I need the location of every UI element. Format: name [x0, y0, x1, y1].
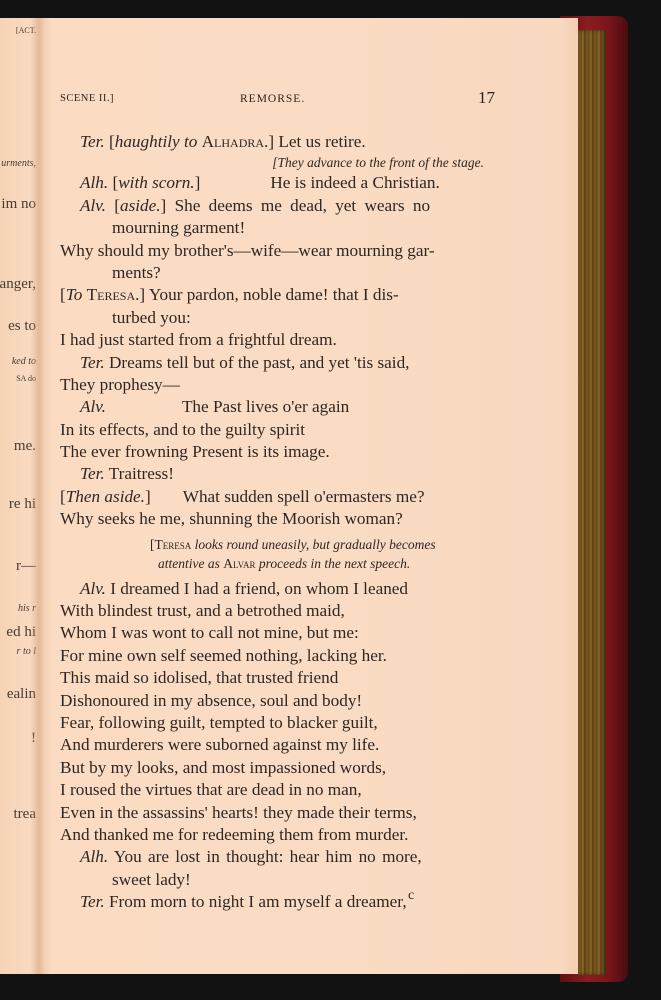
character-name: Alvar [223, 556, 255, 571]
stage-direction: attentive as Alvar proceeds in the next … [60, 554, 490, 573]
verse-line: [To Teresa.] Your pardon, noble dame! th… [60, 284, 490, 306]
verse-line: Whom I was wont to call not mine, but me… [60, 622, 490, 644]
verse-line: sweet lady! [60, 869, 490, 891]
stage-direction-text: They advance to the front of the stage. [278, 155, 484, 170]
line-text: She deems me dead, yet wears no [175, 196, 430, 215]
verse-line: And murderers were suborned against my l… [60, 734, 490, 756]
direction: To [66, 285, 83, 304]
verse-line: They prophesy— [60, 374, 490, 396]
verse-line: With blindest trust, and a betrothed mai… [60, 600, 490, 622]
gilt-page-edges [577, 30, 606, 975]
stage-direction-text: looks round uneasily, but gradually beco… [195, 537, 436, 552]
verse-line: Ter. Dreams tell but of the past, and ye… [60, 352, 490, 374]
verse-line: Even in the assassins' hearts! they made… [60, 802, 490, 824]
line-text: From morn to night I am myself a dreamer… [109, 892, 407, 911]
line-text: Let us retire. [278, 132, 365, 151]
stage-direction: [Teresa looks round uneasily, but gradua… [60, 535, 490, 554]
line-text: Your pardon, noble dame! that I dis- [149, 285, 399, 304]
direction: haughtily to [115, 132, 198, 151]
speaker: Alv. [80, 397, 106, 416]
character-name: Teresa [155, 537, 192, 552]
line-text: You are lost in thought: hear him no mor… [114, 847, 422, 866]
verse-line: Ter. From morn to night I am myself a dr… [60, 891, 490, 913]
speaker: Alv. [80, 196, 106, 215]
running-head: SCENE II.] REMORSE. 17 [60, 90, 490, 110]
speaker: Ter. [80, 464, 105, 483]
speaker: Alh. [80, 173, 108, 192]
direction: aside. [120, 196, 161, 215]
verse-line: For mine own self seemed nothing, lackin… [60, 645, 490, 667]
verse-line: The ever frowning Present is its image. [60, 441, 490, 463]
line-text: The Past lives o'er again [182, 397, 349, 416]
verse-line: Alv. I dreamed I had a friend, on whom I… [60, 578, 490, 600]
stage-direction-text: proceeds in the next speech. [259, 556, 410, 571]
line-text: Traitress! [109, 464, 174, 483]
verse-line: Alh. [with scorn.]He is indeed a Christi… [60, 172, 490, 194]
verse-line: I had just started from a frightful drea… [60, 329, 490, 351]
verse-line: In its effects, and to the guilty spirit [60, 419, 490, 441]
character-name: Alhadra [202, 132, 264, 151]
verse-line: I roused the virtues that are dead in no… [60, 779, 490, 801]
page-number: 17 [478, 88, 495, 108]
speaker: Ter. [80, 353, 105, 372]
line-text: Dreams tell but of the past, and yet 'ti… [109, 353, 409, 372]
verse-line: Alh. You are lost in thought: hear him n… [60, 846, 490, 868]
verse-line: [Then aside.]What sudden spell o'ermaste… [60, 486, 490, 508]
signature-mark: c [408, 888, 414, 904]
verse-line: Why seeks he me, shunning the Moorish wo… [60, 508, 490, 530]
verse-line: But by my looks, and most impassioned wo… [60, 757, 490, 779]
verse-line: Fear, following guilt, tempted to blacke… [60, 712, 490, 734]
verse-line: Ter. [haughtily to Alhadra.] Let us reti… [60, 131, 490, 153]
speaker: Alh. [80, 847, 108, 866]
verse-line: Alv.The Past lives o'er again [60, 396, 490, 418]
verse-line: Ter. Traitress! [60, 463, 490, 485]
verse-line: ments? [60, 262, 490, 284]
speaker: Alv. [80, 579, 106, 598]
stage-direction: [They advance to the front of the stage. [60, 153, 490, 172]
page-gutter [30, 18, 52, 974]
speaker: Ter. [80, 132, 105, 151]
page-text: Ter. [haughtily to Alhadra.] Let us reti… [60, 131, 490, 914]
verse-line: Why should my brother's—wife—wear mourni… [60, 240, 490, 262]
book-title: REMORSE. [240, 93, 305, 105]
line-text: He is indeed a Christian. [270, 173, 439, 192]
line-text: What sudden spell o'ermasters me? [183, 487, 425, 506]
verse-line: Alv. [aside.] She deems me dead, yet wea… [60, 195, 490, 217]
character-name: Teresa [87, 285, 136, 304]
verse-line: mourning garment! [60, 217, 490, 239]
stage-direction-text: attentive as [158, 556, 220, 571]
scene-label: SCENE II.] [60, 93, 114, 104]
verse-line: This maid so idolised, that trusted frie… [60, 667, 490, 689]
verse-line: turbed you: [60, 307, 490, 329]
verse-line: Dishonoured in my absence, soul and body… [60, 690, 490, 712]
verse-line: And thanked me for redeeming them from m… [60, 824, 490, 846]
speaker: Ter. [80, 892, 105, 911]
line-text: I dreamed I had a friend, on whom I lean… [110, 579, 408, 598]
direction: Then aside. [66, 487, 145, 506]
direction: with scorn. [118, 173, 194, 192]
